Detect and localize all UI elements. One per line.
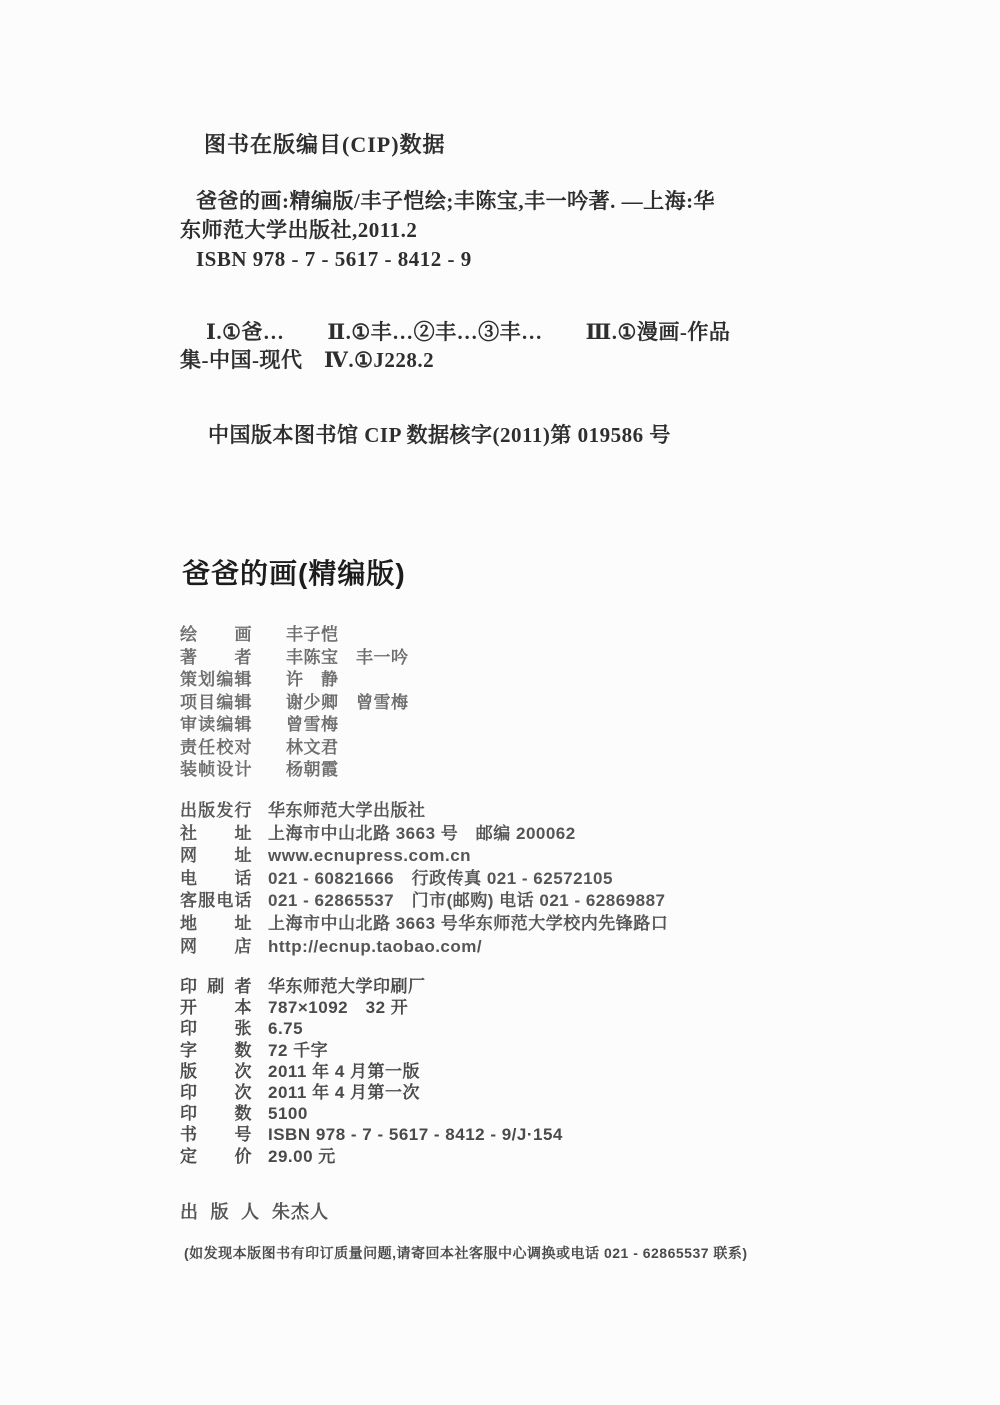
printing-value: ISBN 978 - 7 - 5617 - 8412 - 9/J·154 bbox=[268, 1124, 563, 1145]
quality-notice: (如发现本版图书有印订质量问题,请寄回本社客服中心调换或电话 021 - 628… bbox=[184, 1243, 824, 1263]
cip-class-line1: Ⅰ.①爸… Ⅱ.①丰…②丰…③丰… Ⅲ.①漫画-作品 bbox=[180, 318, 805, 346]
credit-label: 审读编辑 bbox=[180, 714, 252, 737]
publication-row-phone: 电话 021 - 60821666 行政传真 021 - 62572105 bbox=[180, 868, 668, 891]
publisher-person-value: 朱杰人 bbox=[272, 1198, 329, 1224]
publisher-person-label: 出版人 bbox=[180, 1198, 260, 1224]
printing-row-word-count: 字数 72 千字 bbox=[180, 1040, 563, 1061]
credit-label: 著者 bbox=[180, 647, 252, 670]
publication-label: 地址 bbox=[180, 913, 252, 936]
publication-value: 华东师范大学出版社 bbox=[268, 800, 426, 823]
credit-row-author: 著者 丰陈宝 丰一吟 bbox=[180, 647, 409, 670]
publication-label: 出版发行 bbox=[180, 800, 252, 823]
credit-value: 杨朝霞 bbox=[286, 759, 339, 782]
printing-label: 定价 bbox=[180, 1146, 252, 1167]
credit-label: 策划编辑 bbox=[180, 669, 252, 692]
printing-value: 6.75 bbox=[268, 1018, 303, 1039]
publication-label: 网店 bbox=[180, 936, 252, 959]
publication-label: 客服电话 bbox=[180, 890, 252, 913]
printing-row-book-number: 书号 ISBN 978 - 7 - 5617 - 8412 - 9/J·154 bbox=[180, 1124, 563, 1145]
printing-label: 书号 bbox=[180, 1124, 252, 1145]
publication-row-website: 网址 www.ecnupress.com.cn bbox=[180, 845, 668, 868]
credit-row-proofreader: 责任校对 林文君 bbox=[180, 737, 409, 760]
printing-value: 华东师范大学印刷厂 bbox=[268, 976, 426, 997]
publisher-person-row: 出版人 朱杰人 bbox=[180, 1198, 329, 1224]
printing-row-impression: 印次 2011 年 4 月第一次 bbox=[180, 1082, 563, 1103]
book-title: 爸爸的画(精编版) bbox=[182, 552, 406, 592]
credits-block: 绘画 丰子恺 著者 丰陈宝 丰一吟 策划编辑 许 静 项目编辑 谢少卿 曾雪梅 … bbox=[180, 624, 409, 782]
credit-label: 装帧设计 bbox=[180, 759, 252, 782]
publication-value: 021 - 60821666 行政传真 021 - 62572105 bbox=[268, 868, 613, 891]
publication-row-service-phone: 客服电话 021 - 62865537 门市(邮购) 电话 021 - 6286… bbox=[180, 890, 668, 913]
printing-row-printer: 印刷者 华东师范大学印刷厂 bbox=[180, 976, 563, 997]
copyright-page: 图书在版编目(CIP)数据 爸爸的画:精编版/丰子恺绘;丰陈宝,丰一吟著. —上… bbox=[0, 0, 1000, 1405]
credit-value: 林文君 bbox=[286, 737, 339, 760]
printing-label: 字数 bbox=[180, 1040, 252, 1061]
publication-row-online-store: 网店 http://ecnup.taobao.com/ bbox=[180, 936, 668, 959]
credit-row-drawing: 绘画 丰子恺 bbox=[180, 624, 409, 647]
publication-label: 网址 bbox=[180, 845, 252, 868]
printing-block: 印刷者 华东师范大学印刷厂 开本 787×1092 32 开 印张 6.75 字… bbox=[180, 976, 563, 1167]
printing-label: 版次 bbox=[180, 1061, 252, 1082]
credit-value: 谢少卿 曾雪梅 bbox=[286, 692, 409, 715]
printing-value: 2011 年 4 月第一次 bbox=[268, 1082, 420, 1103]
printing-row-price: 定价 29.00 元 bbox=[180, 1146, 563, 1167]
publication-value: http://ecnup.taobao.com/ bbox=[268, 936, 482, 959]
cip-class-line2: 集-中国-现代 Ⅳ.①J228.2 bbox=[180, 346, 805, 374]
credit-row-project-editor: 项目编辑 谢少卿 曾雪梅 bbox=[180, 692, 409, 715]
printing-value: 29.00 元 bbox=[268, 1146, 336, 1167]
credit-row-review-editor: 审读编辑 曾雪梅 bbox=[180, 714, 409, 737]
printing-value: 72 千字 bbox=[268, 1040, 328, 1061]
credit-value: 丰陈宝 丰一吟 bbox=[286, 647, 409, 670]
credit-label: 项目编辑 bbox=[180, 692, 252, 715]
cip-entry: 爸爸的画:精编版/丰子恺绘;丰陈宝,丰一吟著. —上海:华 东师范大学出版社,2… bbox=[180, 187, 805, 274]
credit-row-designer: 装帧设计 杨朝霞 bbox=[180, 759, 409, 782]
printing-label: 印数 bbox=[180, 1103, 252, 1124]
publication-label: 社址 bbox=[180, 823, 252, 846]
printing-row-edition: 版次 2011 年 4 月第一版 bbox=[180, 1061, 563, 1082]
cip-isbn: ISBN 978 - 7 - 5617 - 8412 - 9 bbox=[180, 245, 805, 274]
publication-value: 上海市中山北路 3663 号 邮编 200062 bbox=[268, 823, 576, 846]
printing-label: 印次 bbox=[180, 1082, 252, 1103]
publication-row-address: 社址 上海市中山北路 3663 号 邮编 200062 bbox=[180, 823, 668, 846]
credit-label: 绘画 bbox=[180, 624, 252, 647]
printing-value: 5100 bbox=[268, 1103, 308, 1124]
cip-header: 图书在版编目(CIP)数据 bbox=[180, 128, 805, 159]
printing-row-sheets: 印张 6.75 bbox=[180, 1018, 563, 1039]
credit-value: 曾雪梅 bbox=[286, 714, 339, 737]
printing-row-format: 开本 787×1092 32 开 bbox=[180, 997, 563, 1018]
printing-label: 印刷者 bbox=[180, 976, 252, 997]
credit-row-planning-editor: 策划编辑 许 静 bbox=[180, 669, 409, 692]
publication-label: 电话 bbox=[180, 868, 252, 891]
cip-classification: Ⅰ.①爸… Ⅱ.①丰…②丰…③丰… Ⅲ.①漫画-作品 集-中国-现代 Ⅳ.①J2… bbox=[180, 318, 805, 374]
credit-label: 责任校对 bbox=[180, 737, 252, 760]
credit-value: 许 静 bbox=[286, 669, 339, 692]
publication-value: 上海市中山北路 3663 号华东师范大学校内先锋路口 bbox=[268, 913, 668, 936]
cip-section: 图书在版编目(CIP)数据 爸爸的画:精编版/丰子恺绘;丰陈宝,丰一吟著. —上… bbox=[180, 128, 805, 449]
publication-row-street-address: 地址 上海市中山北路 3663 号华东师范大学校内先锋路口 bbox=[180, 913, 668, 936]
cip-record-number: 中国版本图书馆 CIP 数据核字(2011)第 019586 号 bbox=[180, 419, 805, 449]
publication-value: www.ecnupress.com.cn bbox=[268, 845, 471, 868]
publication-value: 021 - 62865537 门市(邮购) 电话 021 - 62869887 bbox=[268, 890, 665, 913]
printing-value: 2011 年 4 月第一版 bbox=[268, 1061, 420, 1082]
publication-row-publisher: 出版发行 华东师范大学出版社 bbox=[180, 800, 668, 823]
printing-row-print-run: 印数 5100 bbox=[180, 1103, 563, 1124]
printing-label: 印张 bbox=[180, 1018, 252, 1039]
printing-value: 787×1092 32 开 bbox=[268, 997, 408, 1018]
publication-block: 出版发行 华东师范大学出版社 社址 上海市中山北路 3663 号 邮编 2000… bbox=[180, 800, 668, 958]
cip-entry-line1: 爸爸的画:精编版/丰子恺绘;丰陈宝,丰一吟著. —上海:华 bbox=[180, 187, 805, 216]
printing-label: 开本 bbox=[180, 997, 252, 1018]
cip-entry-line2: 东师范大学出版社,2011.2 bbox=[180, 216, 805, 245]
credit-value: 丰子恺 bbox=[286, 624, 339, 647]
